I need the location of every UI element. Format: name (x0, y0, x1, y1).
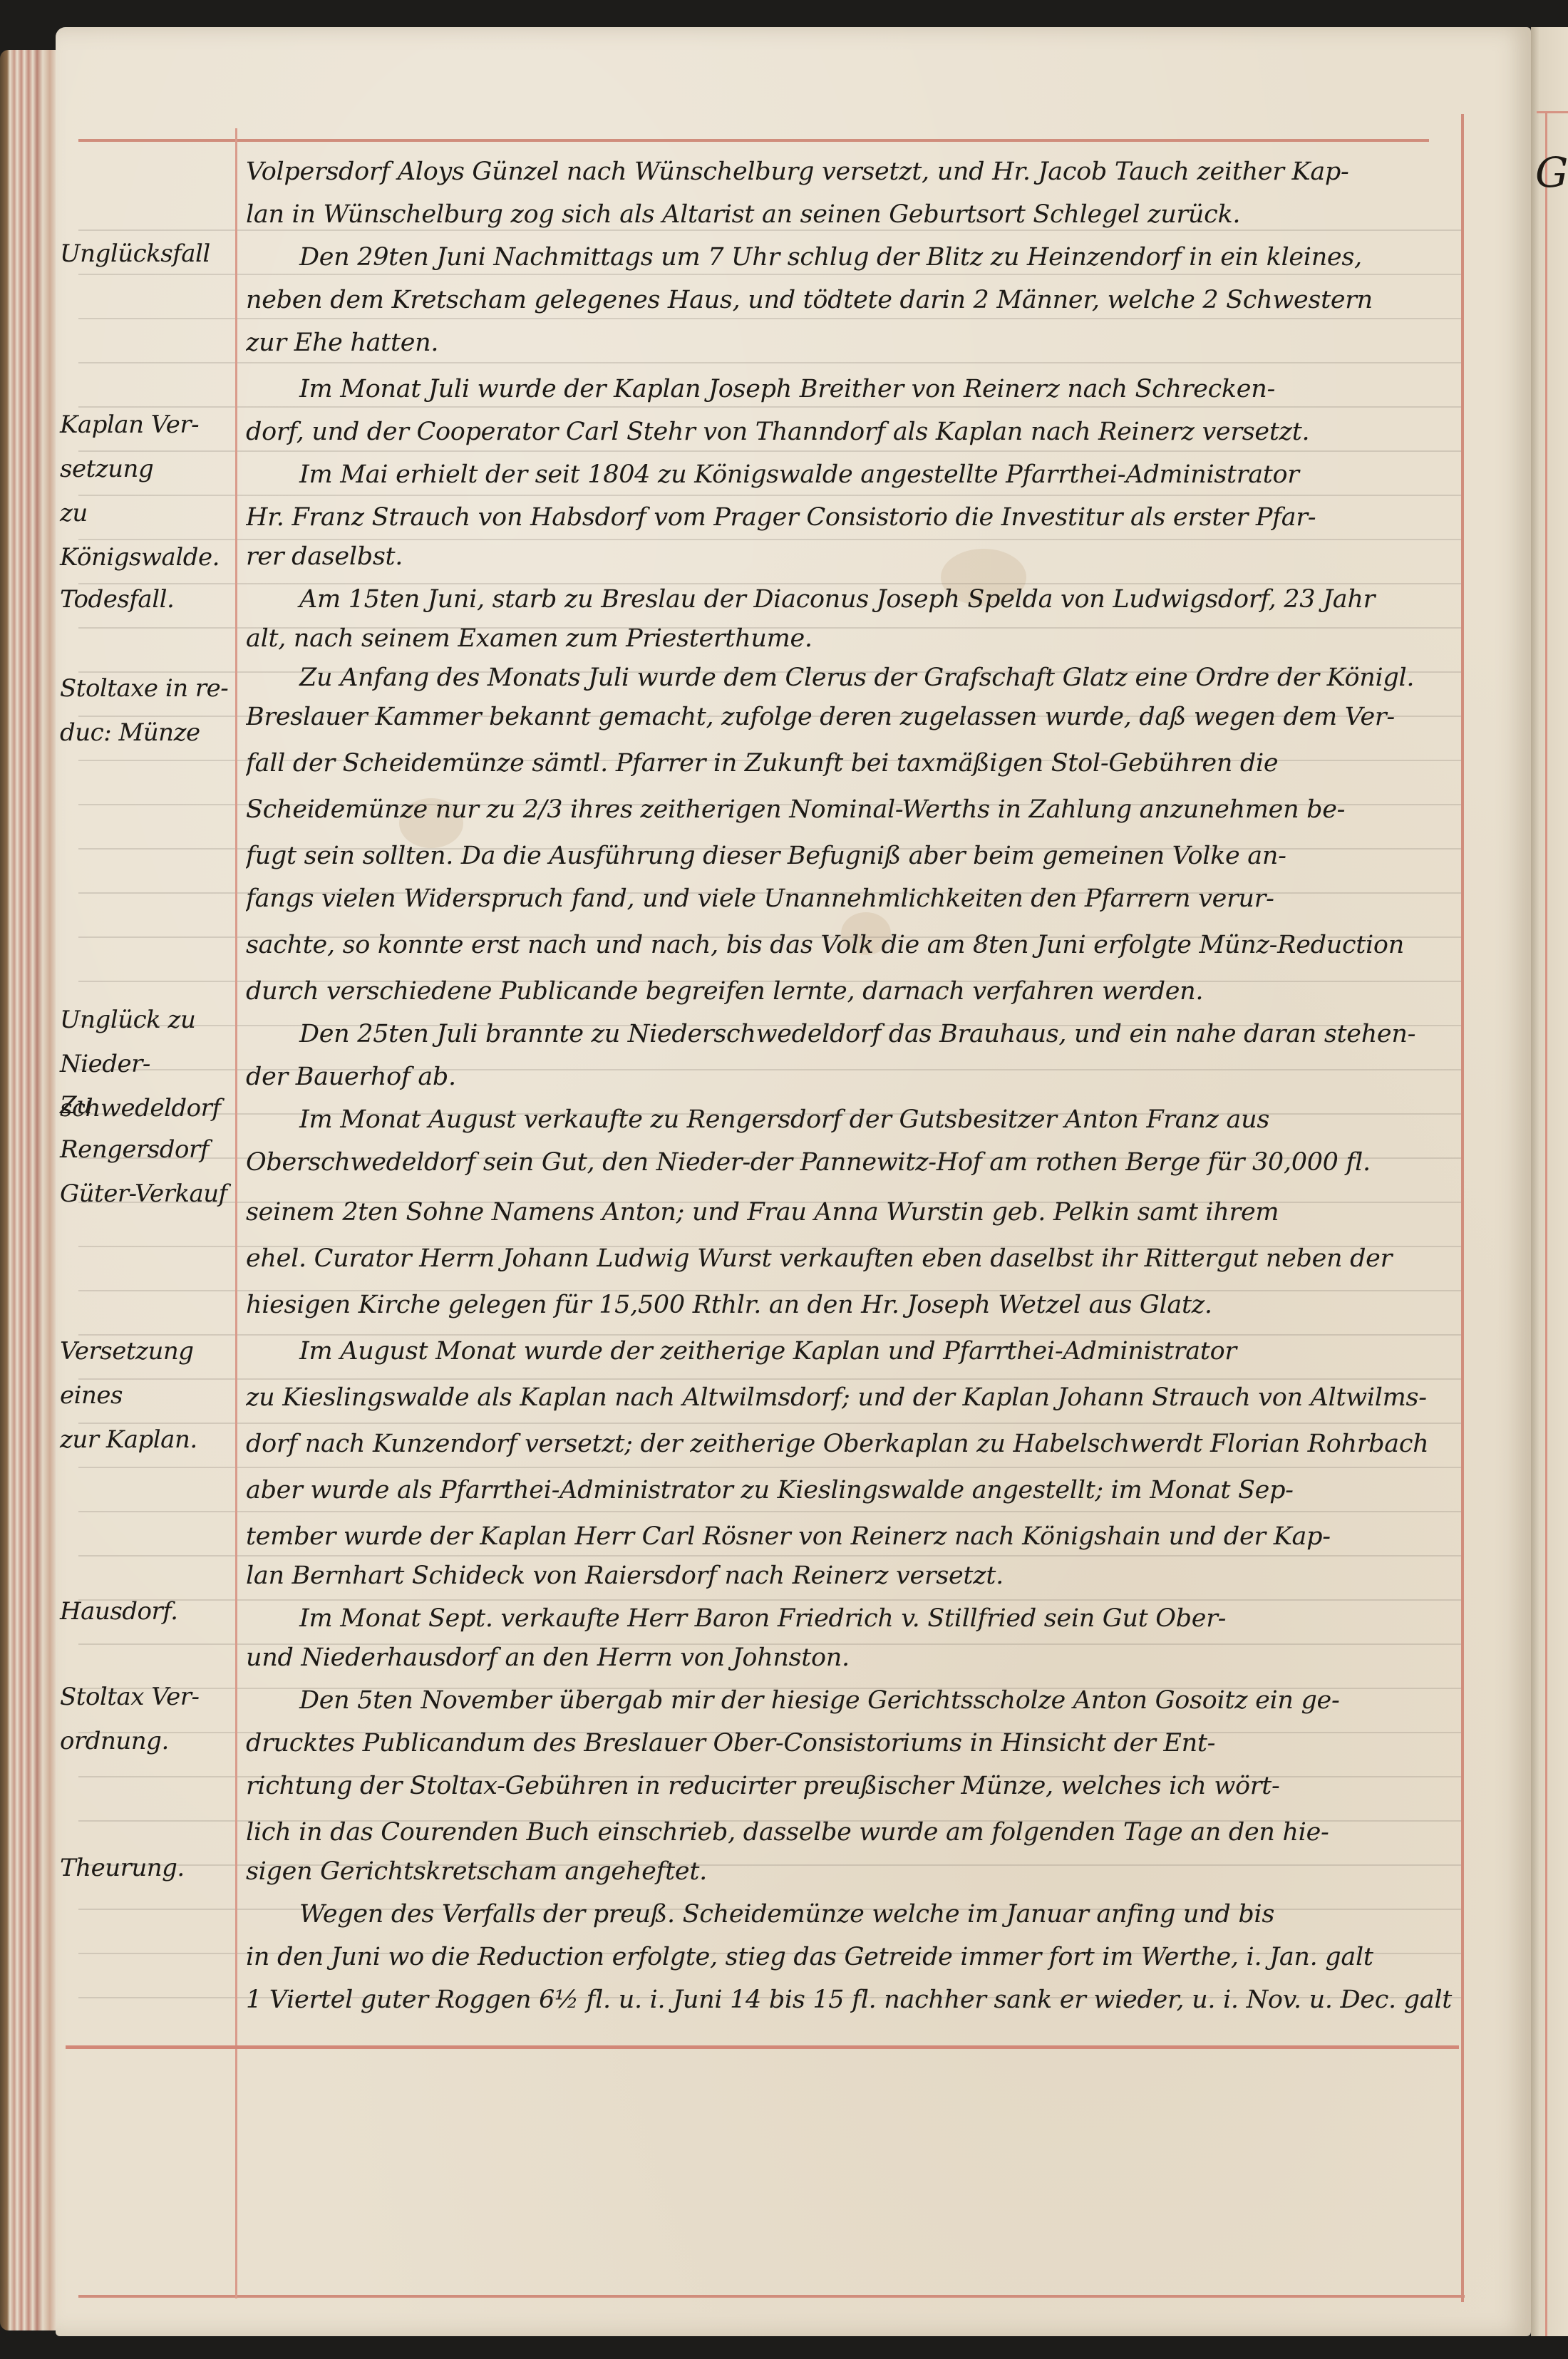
red-ruling-top (78, 139, 1429, 142)
text-line: Hr. Franz Strauch von Habsdorf vom Prage… (246, 495, 1458, 540)
margin-note-stoltaxe: Stoltaxe in re- duc: Münze (60, 666, 234, 755)
text-line: zu Kieslingswalde als Kaplan nach Altwil… (246, 1375, 1458, 1420)
text-line: Im Monat August verkaufte zu Rengersdorf… (246, 1098, 1458, 1142)
text-line: fugt sein sollten. Da die Ausführung die… (246, 834, 1458, 878)
text-line: aber wurde als Pfarrthei-Administrator z… (246, 1468, 1458, 1512)
margin-note-ungluecksfall: Unglücksfall (60, 232, 234, 276)
text-line: neben dem Kretscham gelegenes Haus, und … (246, 278, 1458, 322)
margin-note-versetzung-kaplan: Versetzung eines zur Kaplan. (60, 1329, 234, 1462)
text-line: lich in das Courenden Buch einschrieb, d… (246, 1810, 1458, 1854)
text-line: der Bauerhof ab. (246, 1055, 1458, 1099)
text-line: fangs vielen Widerspruch fand, und viele… (246, 877, 1458, 921)
text-line: Im August Monat wurde der zeitherige Kap… (246, 1329, 1458, 1373)
text-line: Den 25ten Juli brannte zu Niederschwedel… (246, 1012, 1458, 1056)
margin-note-kaplan-versetzung: Kaplan Ver- setzung zu Königswalde. (60, 403, 234, 579)
red-ruling-right (1461, 114, 1464, 2302)
adjacent-page-rule-vertical (1545, 113, 1547, 2336)
text-line: Breslauer Kammer bekannt gemacht, zufolg… (246, 695, 1458, 739)
text-line: Den 29ten Juni Nachmittags um 7 Uhr schl… (246, 235, 1458, 279)
text-line: zur Ehe hatten. (246, 321, 1458, 365)
text-line: fall der Scheidemünze sämtl. Pfarrer in … (246, 741, 1458, 785)
text-line: und Niederhausdorf an den Herrn von John… (246, 1636, 1458, 1680)
margin-note-hausdorf: Hausdorf. (60, 1589, 234, 1633)
text-line: tember wurde der Kaplan Herr Carl Rösner… (246, 1514, 1458, 1559)
text-line: drucktes Publicandum des Breslauer Ober-… (246, 1721, 1458, 1765)
text-line: lan Bernhart Schideck von Raiersdorf nac… (246, 1554, 1458, 1598)
text-line: in den Juni wo die Reduction erfolgte, s… (246, 1935, 1458, 1979)
margin-note-stoltax-verordnung: Stoltax Ver- ordnung. (60, 1675, 234, 1763)
text-line: ehel. Curator Herrn Johann Ludwig Wurst … (246, 1237, 1458, 1281)
text-line: Am 15ten Juni, starb zu Breslau der Diac… (246, 577, 1458, 621)
text-line: Scheidemünze nur zu 2/3 ihres zeitherige… (246, 788, 1458, 832)
red-ruling-bottom (78, 2295, 1465, 2298)
adjacent-page-rule-horizontal (1537, 111, 1568, 113)
margin-note-teuerung: Theurung. (60, 1846, 234, 1890)
adjacent-page-strip: G (1531, 27, 1568, 2336)
book-page-edges (0, 50, 57, 2330)
adjacent-page-fragment: G (1535, 148, 1568, 197)
text-line: Zu Anfang des Monats Juli wurde dem Cler… (246, 656, 1458, 700)
text-line: Wegen des Verfalls der preuß. Scheidemün… (246, 1892, 1458, 1936)
text-line: Im Monat Sept. verkaufte Herr Baron Frie… (246, 1596, 1458, 1641)
text-line: alt, nach seinem Examen zum Priesterthum… (246, 616, 1458, 661)
text-line: sigen Gerichtskretscham angeheftet. (246, 1849, 1458, 1894)
margin-note-todesfall: Todesfall. (60, 577, 234, 621)
text-line: Im Mai erhielt der seit 1804 zu Königswa… (246, 453, 1458, 497)
text-line: durch verschiedene Publicande begreifen … (246, 969, 1458, 1013)
text-line: richtung der Stoltax-Gebühren in reducir… (246, 1764, 1458, 1808)
text-line: rer daselbst. (246, 535, 1458, 579)
text-line: lan in Wünschelburg zog sich als Altaris… (246, 192, 1458, 237)
margin-note-rengersdorf: Zu Rengersdorf Güter-Verkauf (60, 1083, 234, 1216)
text-line: Den 5ten November übergab mir der hiesig… (246, 1678, 1458, 1723)
text-line: Volpersdorf Aloys Günzel nach Wünschelbu… (246, 150, 1458, 194)
text-line: Oberschwedeldorf sein Gut, den Nieder-de… (246, 1140, 1458, 1184)
text-line: seinem 2ten Sohne Namens Anton; und Frau… (246, 1190, 1458, 1234)
text-line: 1 Viertel guter Roggen 6½ fl. u. i. Juni… (246, 1978, 1458, 2022)
section-end-rule (66, 2045, 1459, 2049)
margin-divider-line (235, 128, 237, 2298)
text-line: hiesigen Kirche gelegen für 15,500 Rthlr… (246, 1283, 1458, 1327)
text-line: dorf nach Kunzendorf versetzt; der zeith… (246, 1422, 1458, 1466)
text-line: Im Monat Juli wurde der Kaplan Joseph Br… (246, 367, 1458, 411)
text-line: sachte, so konnte erst nach und nach, bi… (246, 923, 1458, 967)
text-line: dorf, und der Cooperator Carl Stehr von … (246, 410, 1458, 454)
